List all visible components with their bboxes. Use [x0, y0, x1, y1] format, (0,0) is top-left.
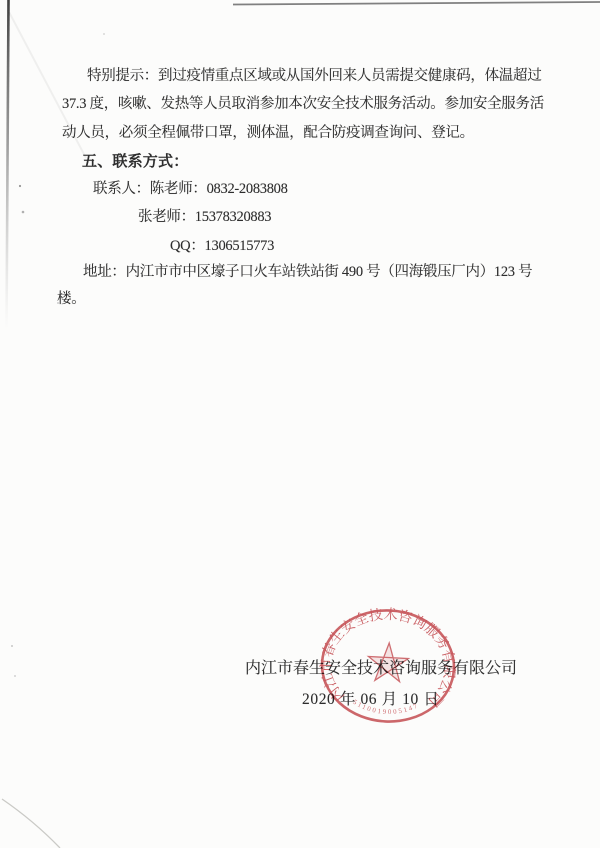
seal-serial-textpath: 5110019005147 [351, 699, 421, 718]
speck [22, 211, 25, 214]
left-edge-shadow [7, 0, 9, 330]
address-line-2: 楼。 [57, 287, 85, 308]
contact-person-line: 联系人：陈老师：0832-2083808 [93, 177, 288, 198]
contact-person2-line: 张老师：15378320883 [138, 205, 271, 226]
contact-section-heading: 五、联系方式： [82, 150, 188, 171]
bottom-corner-curve [2, 799, 60, 848]
notice-line-1: 特别提示：到过疫情重点区域或从国外回来人员需提交健康码，体温超过 [87, 64, 541, 85]
notice-line-3: 动人员，必须全程佩带口罩，测体温，配合防疫调查询问、登记。 [62, 121, 474, 142]
top-edge-shadow [233, 2, 600, 5]
scanned-document-page: 特别提示：到过疫情重点区域或从国外回来人员需提交健康码，体温超过 37.3 度，… [0, 0, 600, 848]
company-seal-stamp: 内江市春生安全技术咨询服务有限公司 5110019005147 [315, 602, 461, 729]
speck [11, 645, 13, 647]
notice-line-2: 37.3 度，咳嗽、发热等人员取消参加本次安全技术服务活动。参加安全服务活 [62, 92, 544, 113]
seal-serial-number: 5110019005147 [351, 699, 421, 718]
address-line-1: 地址：内江市市中区壕子口火车站铁站街 490 号（四海锻压厂内）123 号 [83, 260, 532, 281]
speck [19, 185, 21, 187]
speck [103, 33, 105, 35]
speck [14, 675, 16, 677]
contact-qq-line: QQ：1306515773 [170, 234, 274, 255]
star-icon [367, 642, 409, 682]
